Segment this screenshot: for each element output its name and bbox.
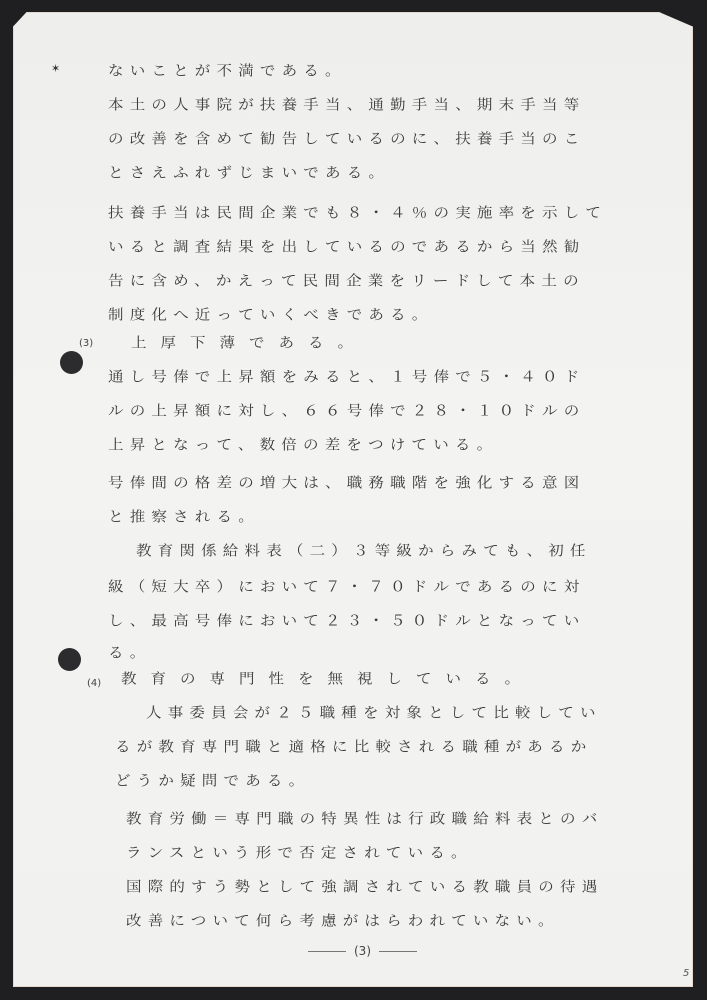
section-4-heading: 教育の専門性を無視している。 bbox=[121, 668, 534, 688]
page-number: (3) bbox=[354, 944, 371, 958]
corner-mark: ✶ bbox=[51, 62, 60, 75]
text-line: し、最高号俸において２３・５０ドルとなってい bbox=[108, 610, 585, 630]
page-footer: (3) bbox=[308, 944, 417, 958]
text-line: る。 bbox=[108, 642, 151, 662]
footer-dash-right bbox=[379, 951, 417, 952]
sheet-number: 5 bbox=[683, 968, 689, 979]
punch-hole-upper bbox=[60, 351, 83, 374]
text-line: 人事委員会が２５職種を対象として比較してい bbox=[146, 702, 602, 722]
text-line: 扶養手当は民間企業でも８・４％の実施率を示して bbox=[108, 202, 607, 222]
text-line: 上昇となって、数倍の差をつけている。 bbox=[108, 434, 498, 454]
document-page: ✶ ないことが不満である。 本土の人事院が扶養手当、通勤手当、期末手当等 の改善… bbox=[13, 12, 693, 987]
text-line: 本土の人事院が扶養手当、通勤手当、期末手当等 bbox=[108, 94, 585, 114]
text-line: 教育労働＝専門職の特異性は行政職給料表とのバ bbox=[126, 808, 603, 828]
section-4-number: (4) bbox=[87, 678, 101, 689]
punch-hole-lower bbox=[58, 648, 81, 671]
section-3-number: (3) bbox=[79, 338, 93, 349]
text-line: 号俸間の格差の増大は、職務職階を強化する意図 bbox=[108, 472, 585, 492]
text-line: 改善について何ら考慮がはらわれていない。 bbox=[126, 910, 560, 930]
text-line: いると調査結果を出しているのであるから当然勧 bbox=[108, 236, 585, 256]
text-line: の改善を含めて勧告しているのに、扶養手当のこ bbox=[108, 128, 585, 148]
text-line: ないことが不満である。 bbox=[108, 60, 347, 80]
text-line: 級（短大卒）において７・７０ドルであるのに対 bbox=[108, 576, 585, 596]
text-line: 国際的すう勢として強調されている教職員の待遇 bbox=[126, 876, 603, 896]
text-line: 告に含め、かえって民間企業をリードして本土の bbox=[108, 270, 585, 290]
text-line: と推察される。 bbox=[108, 506, 260, 526]
text-line: 教育関係給料表（二）３等級からみても、初任 bbox=[136, 540, 592, 560]
text-line: ランスという形で否定されている。 bbox=[126, 842, 473, 862]
text-line: るが教育専門職と適格に比較される職種があるか bbox=[115, 736, 592, 756]
text-line: ルの上昇額に対し、６６号俸で２８・１０ドルの bbox=[108, 400, 585, 420]
text-line: とさえふれずじまいである。 bbox=[108, 162, 390, 182]
text-line: 通し号俸で上昇額をみると、１号俸で５・４０ド bbox=[108, 366, 585, 386]
text-line: 制度化へ近っていくべきである。 bbox=[108, 304, 434, 324]
footer-dash-left bbox=[308, 951, 346, 952]
text-line: どうか疑問である。 bbox=[115, 770, 310, 790]
section-3-heading: 上厚下薄である。 bbox=[131, 332, 367, 352]
